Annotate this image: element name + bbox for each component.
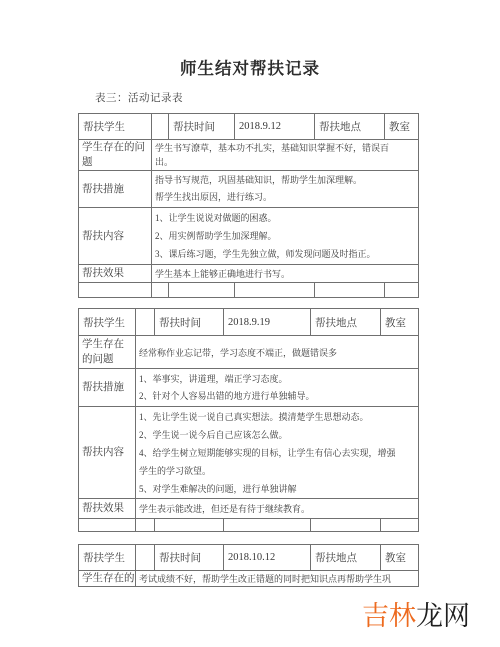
time-value: 2018.9.19 — [224, 309, 311, 336]
table-row: 帮扶效果 学生基本上能够正确地进行书写。 — [79, 265, 419, 283]
table-row: 帮扶内容 1、先让学生说一说自己真实想法。摸清楚学生思想动态。 2、学生说一说今… — [79, 407, 419, 499]
location-value: 教室 — [381, 545, 419, 571]
table-row: 帮扶措施 1、举事实，讲道理，端正学习态度。 2、针对个人容易出错的地方进行单独… — [79, 369, 419, 407]
empty-cell — [381, 519, 419, 532]
empty-cell — [315, 283, 385, 298]
content-line: 3、课后练习题，学生先独立做，师发现问题及时指正。 — [155, 245, 415, 263]
location-value: 教室 — [381, 309, 419, 336]
content-line: 2、用实例帮助学生加深理解。 — [155, 227, 415, 245]
table-row: 帮扶学生 帮扶时间 2018.10.12 帮扶地点 教室 — [79, 545, 419, 571]
measures-value: 1、举事实，讲道理，端正学习态度。 2、针对个人容易出错的地方进行单独辅导。 — [136, 369, 419, 407]
student-label: 帮扶学生 — [79, 545, 136, 571]
location-label: 帮扶地点 — [311, 309, 381, 336]
empty-cell — [155, 519, 224, 532]
student-name-cell — [136, 545, 155, 571]
record-table-3: 帮扶学生 帮扶时间 2018.10.12 帮扶地点 教室 学生存在的 考试成绩不… — [78, 544, 419, 587]
empty-cell — [385, 283, 419, 298]
problem-label: 学生存在的问题 — [79, 336, 136, 369]
content-line: 1、先让学生说一说自己真实想法。摸清楚学生思想动态。 — [139, 408, 415, 426]
location-value: 教室 — [385, 114, 419, 140]
content-value: 1、让学生说说对做题的困惑。 2、用实例帮助学生加深理解。 3、课后练习题，学生… — [152, 208, 419, 265]
table-row: 帮扶学生 帮扶时间 2018.9.12 帮扶地点 教室 — [79, 114, 419, 140]
location-label: 帮扶地点 — [315, 114, 385, 140]
record-table-1: 帮扶学生 帮扶时间 2018.9.12 帮扶地点 教室 学生存在的问题 学生书写… — [78, 113, 419, 298]
problem-value: 考试成绩不好，帮助学生改正错题的同时把知识点再帮助学生巩 — [136, 571, 419, 587]
effect-label: 帮扶效果 — [79, 265, 152, 283]
measures-value: 指导书写规范，巩固基础知识，帮助学生加深理解。 帮学生找出原因，进行练习。 — [152, 171, 419, 208]
table-row — [79, 519, 419, 532]
effect-label: 帮扶效果 — [79, 499, 136, 519]
effect-value: 学生表示能改进，但还是有待于继续教育。 — [136, 499, 419, 519]
student-label: 帮扶学生 — [79, 309, 136, 336]
table-row: 帮扶措施 指导书写规范，巩固基础知识，帮助学生加深理解。 帮学生找出原因，进行练… — [79, 171, 419, 208]
problem-value: 学生书写潦草，基本功不扎实，基础知识掌握不好，错误百出。 — [152, 140, 419, 171]
page-subtitle: 表三：活动记录表 — [95, 90, 183, 105]
table-row: 帮扶学生 帮扶时间 2018.9.19 帮扶地点 教室 — [79, 309, 419, 336]
empty-cell — [79, 519, 136, 532]
problem-label: 学生存在的 — [79, 571, 136, 587]
table-row: 学生存在的问题 经常称作业忘记带，学习态度不端正，做题错误多 — [79, 336, 419, 369]
page-title: 师生结对帮扶记录 — [0, 55, 500, 79]
watermark-brand-part1: 吉林 — [362, 601, 416, 631]
problem-text: 学生书写潦草，基本功不扎实，基础知识掌握不好，错误百出。 — [155, 141, 395, 169]
effect-value: 学生基本上能够正确地进行书写。 — [152, 265, 419, 283]
time-label: 帮扶时间 — [155, 545, 224, 571]
empty-cell — [169, 283, 235, 298]
watermark-brand-part2: 龙网 — [416, 601, 470, 631]
student-label: 帮扶学生 — [79, 114, 152, 140]
content-line: 学生的学习欲望。 — [139, 462, 415, 480]
content-line: 5、对学生难解决的问题，进行单独讲解 — [139, 480, 415, 498]
measures-label: 帮扶措施 — [79, 171, 152, 208]
table-row: 帮扶内容 1、让学生说说对做题的困惑。 2、用实例帮助学生加深理解。 3、课后练… — [79, 208, 419, 265]
time-label: 帮扶时间 — [155, 309, 224, 336]
measures-line: 指导书写规范，巩固基础知识，帮助学生加深理解。 — [155, 172, 415, 189]
table-row — [79, 283, 419, 298]
time-value: 2018.10.12 — [224, 545, 311, 571]
problem-label: 学生存在的问题 — [79, 140, 152, 171]
table-row: 帮扶效果 学生表示能改进，但还是有待于继续教育。 — [79, 499, 419, 519]
time-label: 帮扶时间 — [169, 114, 235, 140]
table-row: 学生存在的 考试成绩不好，帮助学生改正错题的同时把知识点再帮助学生巩 — [79, 571, 419, 587]
student-name-cell — [152, 114, 169, 140]
measures-line: 1、举事实，讲道理，端正学习态度。 — [139, 371, 415, 388]
time-value: 2018.9.12 — [235, 114, 315, 140]
content-label: 帮扶内容 — [79, 407, 136, 499]
empty-cell — [136, 519, 155, 532]
empty-cell — [235, 283, 315, 298]
measures-line: 帮学生找出原因，进行练习。 — [155, 189, 415, 206]
content-line: 1、让学生说说对做题的困惑。 — [155, 209, 415, 227]
measures-label: 帮扶措施 — [79, 369, 136, 407]
student-name-cell — [136, 309, 155, 336]
empty-cell — [311, 519, 381, 532]
record-table-2: 帮扶学生 帮扶时间 2018.9.19 帮扶地点 教室 学生存在的问题 经常称作… — [78, 308, 419, 532]
problem-value: 经常称作业忘记带，学习态度不端正，做题错误多 — [136, 336, 419, 369]
location-label: 帮扶地点 — [311, 545, 381, 571]
content-value: 1、先让学生说一说自己真实想法。摸清楚学生思想动态。 2、学生说一说今后自己应该… — [136, 407, 419, 499]
content-line: 2、学生说一说今后自己应该怎么做。 — [139, 426, 415, 444]
empty-cell — [224, 519, 311, 532]
table-row: 学生存在的问题 学生书写潦草，基本功不扎实，基础知识掌握不好，错误百出。 — [79, 140, 419, 171]
empty-cell — [79, 283, 152, 298]
content-line: 4、给学生树立短期能够实现的目标，让学生有信心去实现，增强 — [139, 444, 415, 462]
empty-cell — [152, 283, 169, 298]
measures-line: 2、针对个人容易出错的地方进行单独辅导。 — [139, 388, 415, 405]
watermark: 吉林龙网 — [362, 594, 470, 633]
content-label: 帮扶内容 — [79, 208, 152, 265]
